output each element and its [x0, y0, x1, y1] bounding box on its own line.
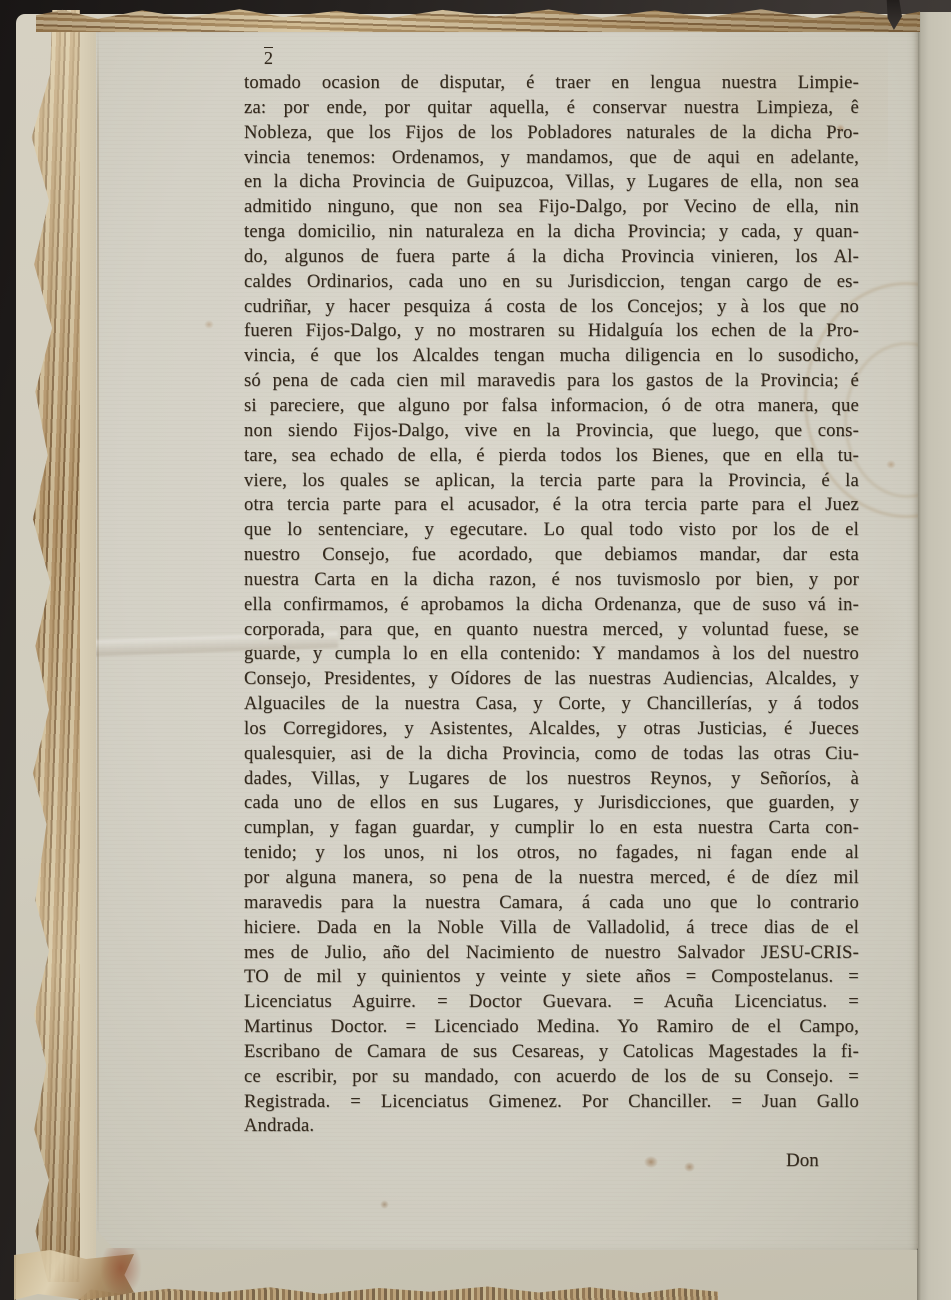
- book-page: 2 tomado ocasion de disputar, é traer en…: [88, 24, 918, 1250]
- text-line: los Corregidores, y Asistentes, Alcaldes…: [244, 717, 859, 742]
- text-line: do, algunos de fuera parte á la dicha Pr…: [244, 245, 859, 270]
- text-line: guarde, y cumpla lo en ella contenido: Y…: [244, 642, 859, 667]
- body-text: tomado ocasion de disputar, é traer en l…: [244, 71, 859, 1139]
- text-line: tenido; y los unos, ni los otros, no fag…: [244, 841, 859, 866]
- text-line: vincia, é que los Alcaldes tengan mucha …: [244, 344, 859, 369]
- text-line: mes de Julio, año del Nacimiento de nues…: [244, 941, 859, 966]
- signature-mark: 2: [264, 48, 273, 69]
- text-line: nuestro Consejo, fue acordado, que debia…: [244, 543, 859, 568]
- text-line: cumplan, y fagan guardar, y cumplir lo e…: [244, 816, 859, 841]
- text-line: hiciere. Dada en la Noble Villa de Valla…: [244, 916, 859, 941]
- text-line: Andrada.: [244, 1114, 859, 1139]
- adjacent-page-gutter: [917, 12, 951, 1300]
- text-line: corporada, para que, en quanto nuestra m…: [244, 618, 859, 643]
- text-line: za: por ende, por quitar aquella, é cons…: [244, 96, 859, 121]
- text-line: Martinus Doctor. = Licenciado Medina. Yo…: [244, 1015, 859, 1040]
- stain: [100, 1248, 142, 1298]
- catchword: Don: [786, 1150, 819, 1172]
- text-line: cudriñar, y hacer pesquiza á costa de lo…: [244, 295, 859, 320]
- text-line: otra tercia parte para el acusador, é la…: [244, 493, 859, 518]
- text-line: ella confirmamos, é aprobamos la dicha O…: [244, 593, 859, 618]
- text-line: dades, Villas, y Lugares de los nuestros…: [244, 767, 859, 792]
- text-line: viere, los quales se aplican, la tercia …: [244, 469, 859, 494]
- book-photo: 2 tomado ocasion de disputar, é traer en…: [0, 0, 951, 1300]
- stain: [380, 1200, 389, 1209]
- stain: [684, 1162, 695, 1172]
- text-line: Consejo, Presidentes, y Oídores de las n…: [244, 667, 859, 692]
- text-line: tomado ocasion de disputar, é traer en l…: [244, 71, 859, 96]
- text-line: TO de mil y quinientos y veinte y siete …: [244, 965, 859, 990]
- text-line: Registrada. = Licenciatus Gimenez. Por C…: [244, 1090, 859, 1115]
- text-line: fueren Fijos-Dalgo, y no mostraren su Hi…: [244, 319, 859, 344]
- text-line: non siendo Fijos-Dalgo, vive en la Provi…: [244, 419, 859, 444]
- text-line: ce escribir, por su mandado, con acuerdo…: [244, 1065, 859, 1090]
- text-line: en la dicha Provincia de Guipuzcoa, Vill…: [244, 170, 859, 195]
- text-line: caldes Ordinarios, cada uno en su Jurisd…: [244, 270, 859, 295]
- text-line: maravedis para la nuestra Camara, á cada…: [244, 891, 859, 916]
- text-line: Escribano de Camara de sus Cesareas, y C…: [244, 1040, 859, 1065]
- text-line: qualesquier, asi de la dicha Provincia, …: [244, 742, 859, 767]
- text-line: tenga domicilio, nin naturaleza en la di…: [244, 220, 859, 245]
- text-line: si pareciere, que alguno por falsa infor…: [244, 394, 859, 419]
- text-line: admitido ninguno, que non sea Fijo-Dalgo…: [244, 195, 859, 220]
- text-line: nuestra Carta en la dicha razon, é nos t…: [244, 568, 859, 593]
- text-line: que lo sentenciare, y egecutare. Lo qual…: [244, 518, 859, 543]
- stain: [644, 1156, 658, 1168]
- text-line: só pena de cada cien mil maravedis para …: [244, 369, 859, 394]
- page-deckle-top-edge: [36, 8, 920, 32]
- text-line: cada uno de ellos en sus Lugares, y Juri…: [244, 791, 859, 816]
- stain: [886, 460, 896, 469]
- text-line: vincia tenemos: Ordenamos, y mandamos, q…: [244, 146, 859, 171]
- text-line: Licenciatus Aguirre. = Doctor Guevara. =…: [244, 990, 859, 1015]
- page-crease: [97, 24, 99, 1250]
- text-line: por alguna manera, so pena de la nuestra…: [244, 866, 859, 891]
- stain: [204, 320, 214, 329]
- text-line: tare, sea echado de ella, é pierda todos…: [244, 444, 859, 469]
- text-line: Nobleza, que los Fijos de los Pobladores…: [244, 121, 859, 146]
- text-line: Alguaciles de la nuestra Casa, y Corte, …: [244, 692, 859, 717]
